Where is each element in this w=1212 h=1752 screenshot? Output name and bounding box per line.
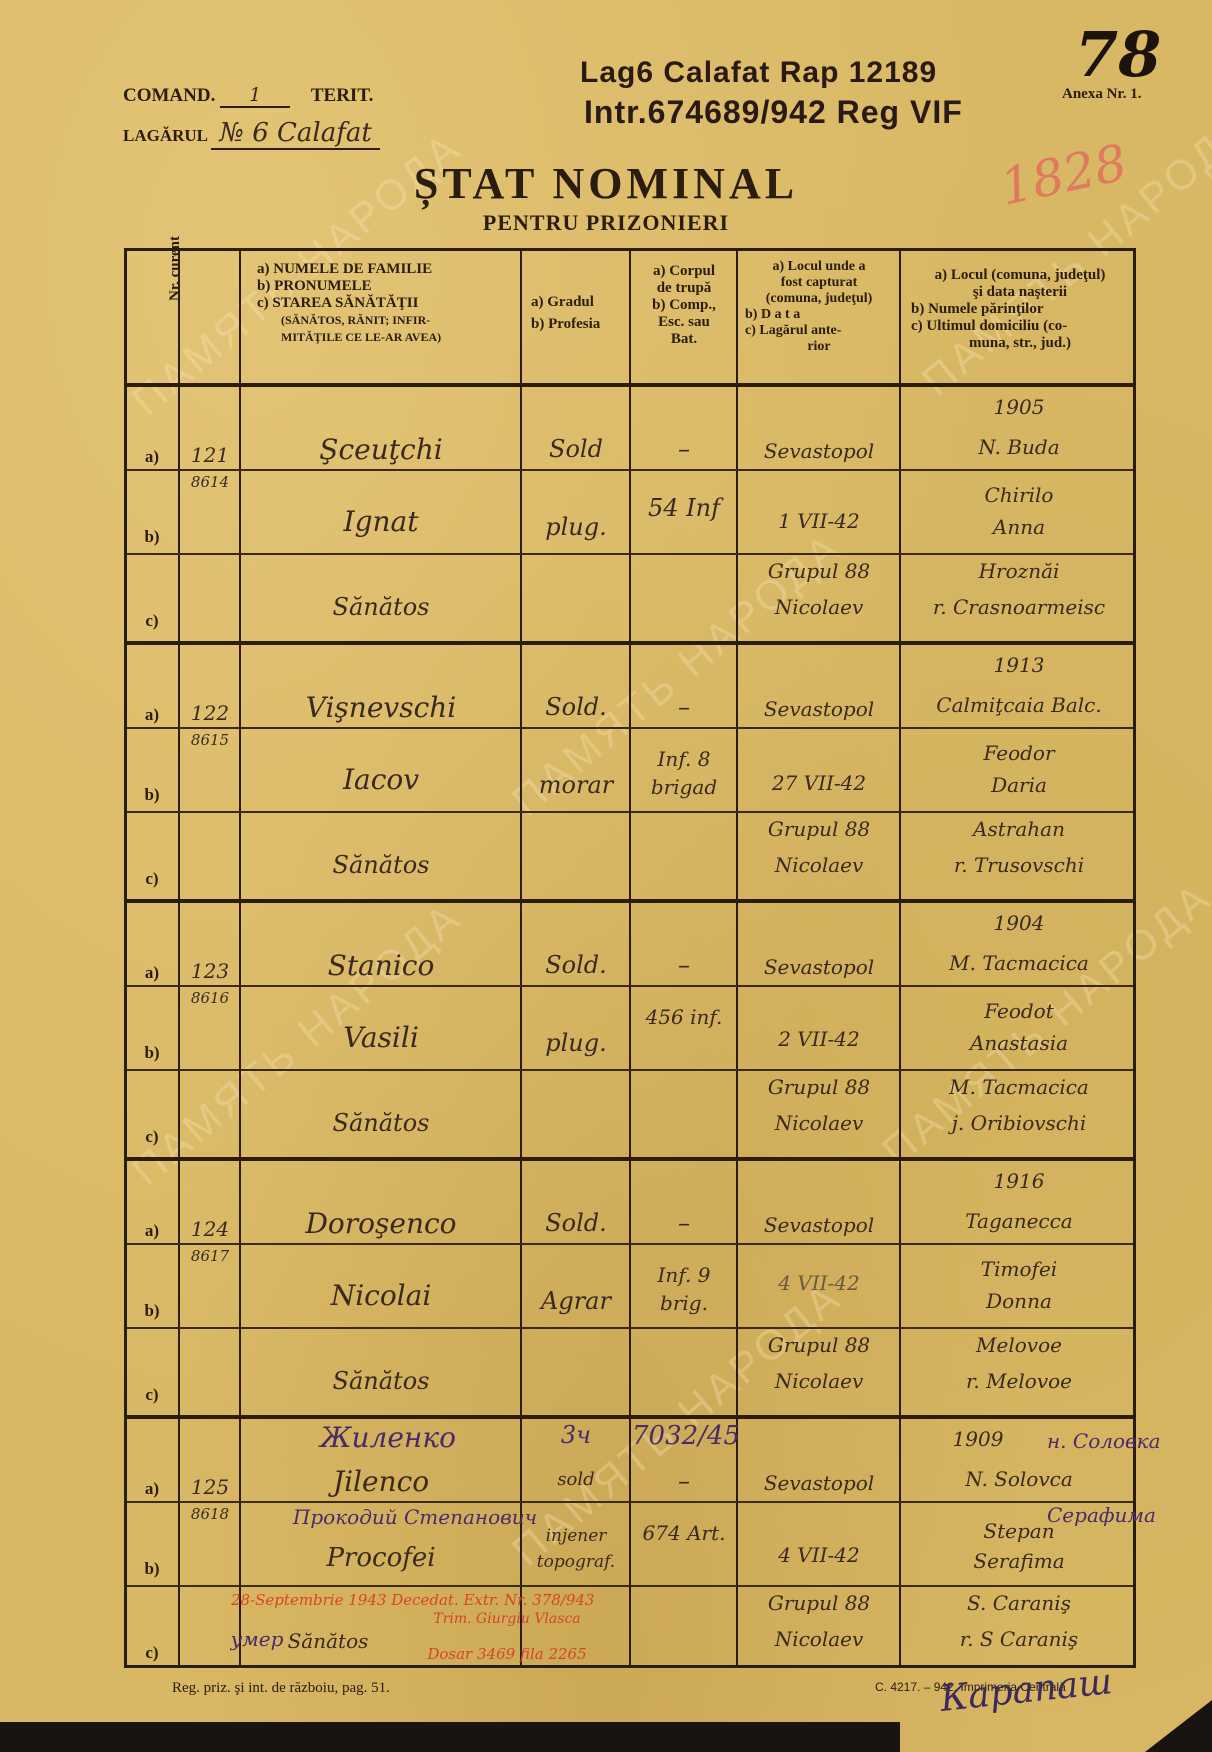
profession: morar — [523, 771, 629, 799]
unit-annotation: 7032/45 — [632, 1421, 736, 1451]
health-cyrillic-annotation: умер — [227, 1627, 287, 1651]
registration-number: 8617 — [181, 1247, 239, 1265]
previous-camp-city: Nicolaev — [739, 1369, 899, 1393]
last-domicile-district: r. Trusovschi — [903, 853, 1135, 877]
first-name-cyrillic-annotation: Прокодий Степанович — [277, 1505, 553, 1529]
profession: plug. — [523, 1029, 629, 1057]
capture-date: 1 VII-42 — [739, 509, 899, 533]
death-record-location-note: Trim. Giurgiu Vlasca — [397, 1611, 617, 1627]
rank: Sold. — [523, 693, 629, 721]
birth-place: M. Tacmacica — [903, 951, 1135, 975]
last-domicile-district: r. Melovoe — [903, 1369, 1135, 1393]
page-number: 78 — [1075, 18, 1161, 91]
column-header-rank: a) Gradul b) Profesia — [531, 291, 631, 335]
capture-place: Sevastopol — [739, 697, 899, 721]
entry-number: 122 — [181, 701, 239, 725]
registration-stamp-line2: Intr.674689/942 Reg VIF — [584, 94, 963, 131]
footer-reference: Reg. priz. şi int. de războiu, pag. 51. — [172, 1680, 390, 1697]
capture-date: 2 VII-42 — [739, 1027, 899, 1051]
health-status: Sănătos — [243, 1109, 519, 1137]
previous-camp: Grupul 88 — [739, 1591, 899, 1615]
company: 456 inf. — [632, 1003, 736, 1031]
registration-number: 8615 — [181, 731, 239, 749]
mother-name: Anastasia — [903, 1031, 1135, 1055]
comand-label: COMAND. — [123, 85, 215, 106]
table-row: a) b) c) 122 8615 Vişnevschi Iacov Sănăt… — [127, 645, 1133, 901]
last-domicile: Astrahan — [903, 817, 1135, 841]
father-name: Chirilo — [903, 483, 1135, 507]
previous-camp-city: Nicolaev — [739, 853, 899, 877]
profession: plug. — [523, 513, 629, 541]
table-row: a) b) c) 121 8614 Şceuţchi Ignat Sănătos… — [127, 387, 1133, 643]
capture-date: 4 VII-42 — [739, 1271, 899, 1295]
first-name: Ignat — [243, 505, 519, 538]
birth-place: Taganecca — [903, 1209, 1135, 1233]
surname: Jilenco — [243, 1465, 519, 1498]
surname: Şceuţchi — [243, 433, 519, 466]
birth-year: 1916 — [903, 1169, 1135, 1193]
company: 54 Inf — [632, 495, 736, 521]
birth-year: 1904 — [903, 911, 1135, 935]
terit-label: TERIT. — [311, 85, 373, 106]
capture-place: Sevastopol — [739, 1471, 899, 1495]
health-status: Sănătos — [243, 593, 519, 621]
birth-place: N. Buda — [903, 435, 1135, 459]
father-name: Feodot — [903, 999, 1135, 1023]
rank: Sold. — [523, 951, 629, 979]
first-name: Iacov — [243, 763, 519, 796]
unit: – — [632, 435, 736, 463]
father-name: Stepan — [903, 1519, 1135, 1543]
document-title: ȘTAT NOMINAL — [0, 158, 1212, 209]
table-row: a) b) c) 123 8616 Stanico Vasili Sănătos… — [127, 903, 1133, 1159]
last-domicile-district: j. Oribiovschi — [903, 1111, 1135, 1135]
first-name: Vasili — [243, 1021, 519, 1054]
scan-edge — [0, 1722, 900, 1752]
rank-annotation: 3ч — [523, 1421, 629, 1449]
birth-year: 1905 — [903, 395, 1135, 419]
lagarul-field: LAGĂRUL № 6 Calafat — [123, 118, 380, 150]
archive-file-note: Dosar 3469 fila 2265 — [397, 1645, 617, 1663]
table-row: a) b) c) 125 8618 Жиленко Jilenco Прокод… — [127, 1419, 1133, 1669]
column-header-name: a) NUMELE DE FAMILIE b) PRONUMELE c) STA… — [257, 261, 517, 346]
mother-name: Donna — [903, 1289, 1135, 1313]
table-row: a) b) c) 124 8617 Doroşenco Nicolai Sănă… — [127, 1161, 1133, 1417]
column-header-capture: a) Locul unde a fost capturat (comuna, j… — [739, 259, 899, 355]
previous-camp-city: Nicolaev — [739, 1627, 899, 1651]
previous-camp: Grupul 88 — [739, 817, 899, 841]
lagarul-value: № 6 Calafat — [211, 118, 379, 150]
first-name: Procofei — [243, 1543, 519, 1573]
first-name: Nicolai — [243, 1279, 519, 1312]
column-header-unit: a) Corpul de trupă b) Comp., Esc. sau Ba… — [632, 263, 736, 348]
lagarul-label: LAGĂRUL — [123, 126, 207, 145]
entry-number: 123 — [181, 959, 239, 983]
company: 674 Art. — [632, 1519, 736, 1547]
health-status: Sănătos — [243, 1367, 519, 1395]
registration-number: 8614 — [181, 473, 239, 491]
prisoner-register-table: Nr. curent a) NUMELE DE FAMILIE b) PRONU… — [124, 248, 1136, 1668]
rank: sold — [523, 1469, 629, 1490]
birth-place: Calmiţcaia Balc. — [903, 693, 1135, 717]
rank: Sold — [523, 435, 629, 463]
column-header-birth: a) Locul (comuna, judeţul) şi data naşte… — [905, 267, 1135, 352]
last-domicile: M. Tacmacica — [903, 1075, 1135, 1099]
capture-date: 4 VII-42 — [739, 1543, 899, 1567]
capture-date: 27 VII-42 — [739, 771, 899, 795]
surname: Vişnevschi — [243, 691, 519, 724]
birth-year: 1909 — [903, 1427, 1053, 1451]
father-name: Feodor — [903, 741, 1135, 765]
entry-number: 121 — [181, 443, 239, 467]
previous-camp: Grupul 88 — [739, 1075, 899, 1099]
profession: injener topograf. — [523, 1523, 629, 1575]
health-status: Sănătos — [243, 851, 519, 879]
last-domicile: Hroznăi — [903, 559, 1135, 583]
registration-number: 8616 — [181, 989, 239, 1007]
surname-cyrillic-annotation: Жиленко — [243, 1421, 533, 1454]
unit: – — [632, 693, 736, 721]
signature: Карапаш — [938, 1661, 1114, 1720]
rank: Sold. — [523, 1209, 629, 1237]
entry-number: 124 — [181, 1217, 239, 1241]
mother-name: Daria — [903, 773, 1135, 797]
last-domicile: S. Caraniş — [903, 1591, 1135, 1615]
column-header-nr: Nr. curent — [167, 211, 184, 301]
surname: Doroşenco — [243, 1207, 519, 1240]
previous-camp: Grupul 88 — [739, 1333, 899, 1357]
profession: Agrar — [523, 1287, 629, 1315]
mother-name: Anna — [903, 515, 1135, 539]
mother-name: Serafima — [903, 1549, 1135, 1573]
scan-edge-corner — [1145, 1700, 1212, 1752]
unit: – — [632, 1209, 736, 1237]
last-domicile-district: r. S Caraniş — [903, 1627, 1135, 1651]
comand-value: 1 — [220, 84, 290, 108]
last-domicile-district: r. Crasnoarmeisc — [903, 595, 1135, 619]
company: Inf. 8 brigad — [632, 745, 736, 801]
father-name: Timofei — [903, 1257, 1135, 1281]
death-record-note: 28-Septembrie 1943 Decedat. Extr. Nr. 37… — [231, 1591, 651, 1609]
unit: – — [632, 951, 736, 979]
last-domicile: Melovoe — [903, 1333, 1135, 1357]
previous-camp: Grupul 88 — [739, 559, 899, 583]
company: Inf. 9 brig. — [632, 1261, 736, 1317]
registration-number: 8618 — [181, 1505, 239, 1523]
unit: – — [632, 1467, 736, 1495]
surname: Stanico — [243, 949, 519, 982]
birth-year: 1913 — [903, 653, 1135, 677]
birth-place: N. Solovca — [903, 1467, 1135, 1491]
capture-place: Sevastopol — [739, 1213, 899, 1237]
entry-number: 125 — [181, 1475, 239, 1499]
comand-field: COMAND. 1 TERIT. — [123, 84, 373, 108]
capture-place: Sevastopol — [739, 439, 899, 463]
capture-place: Sevastopol — [739, 955, 899, 979]
birth-place-cyrillic-annotation: н. Соловка — [1047, 1429, 1207, 1453]
previous-camp-city: Nicolaev — [739, 1111, 899, 1135]
previous-camp-city: Nicolaev — [739, 595, 899, 619]
registration-stamp-line1: Lag6 Calafat Rap 12189 — [580, 56, 937, 90]
